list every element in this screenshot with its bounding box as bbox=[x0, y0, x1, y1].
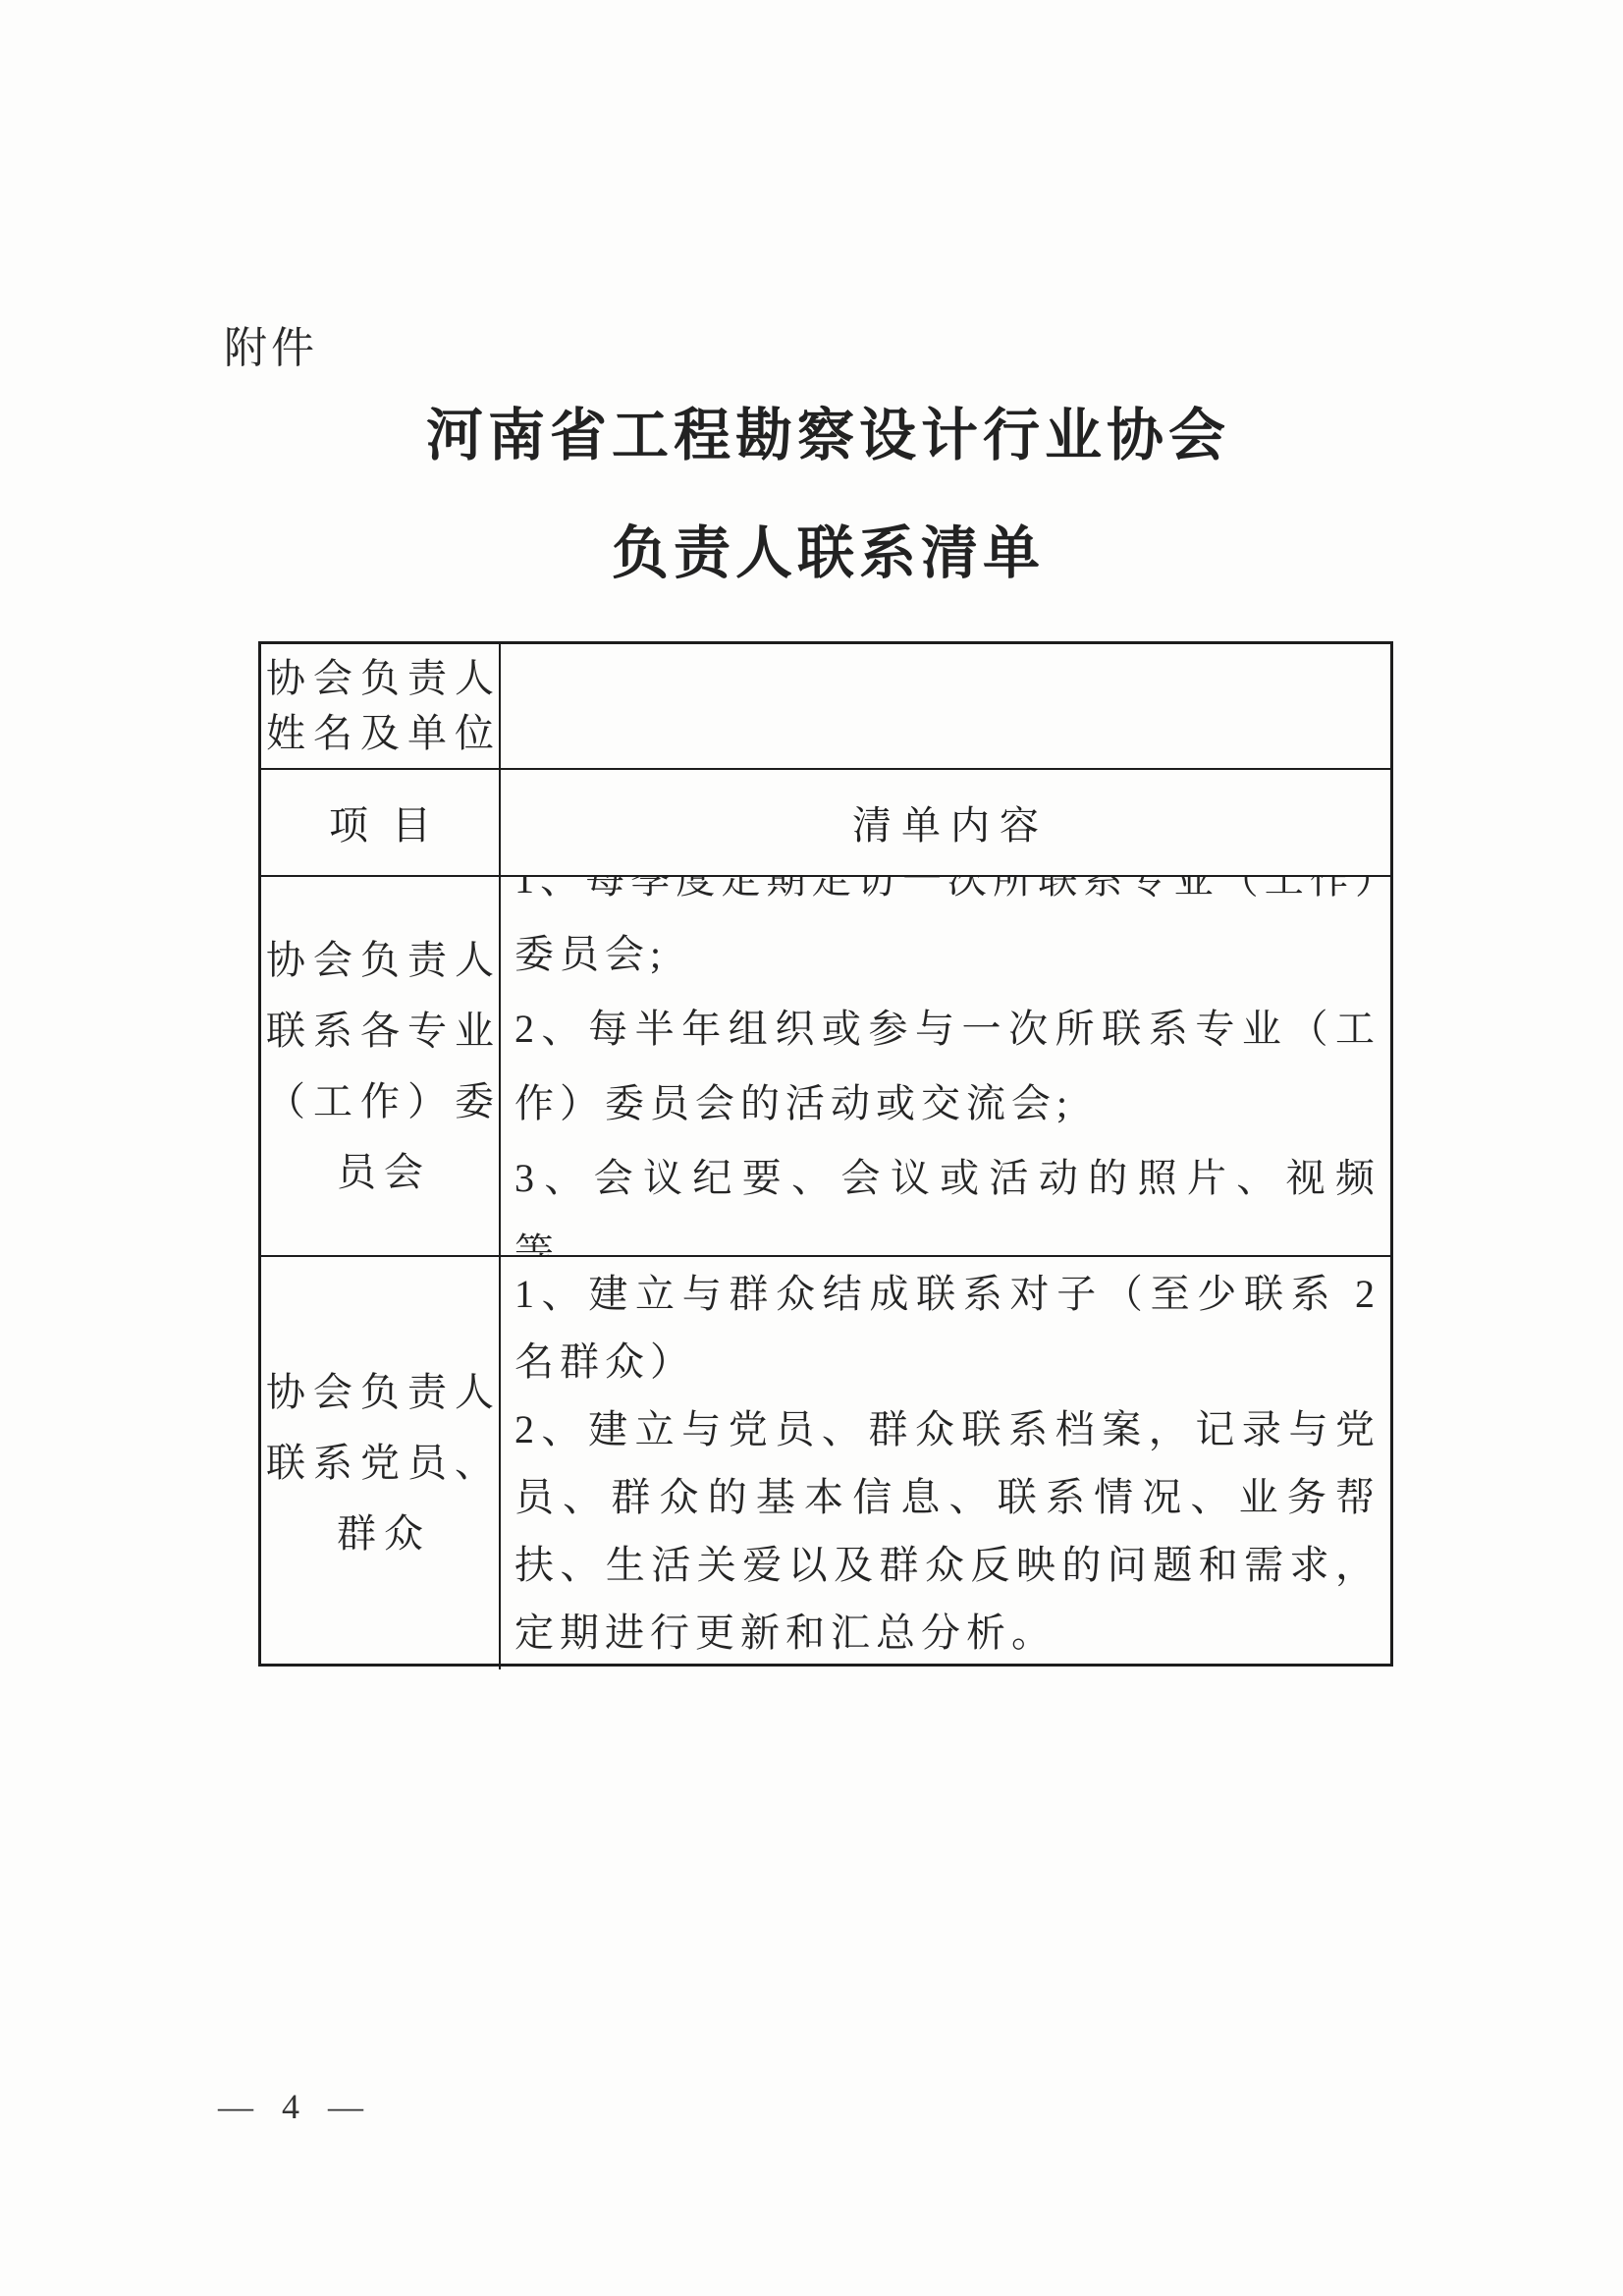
members-item-1: 1、建立与群众结成联系对子（至少联系 2 名群众） bbox=[514, 1260, 1380, 1395]
name-unit-label-line-2: 姓名及单位 bbox=[261, 706, 501, 761]
table-cell-name-unit-label: 协会负责人 姓名及单位 bbox=[261, 644, 501, 770]
committee-item-1: 1、每季度定期走访一次所联系专业（工作）委员会; bbox=[514, 877, 1380, 992]
table-cell-committee-content: 1、每季度定期走访一次所联系专业（工作）委员会; 2、每半年组织或参与一次所联系… bbox=[501, 877, 1390, 1257]
document-subtitle: 负责人联系清单 bbox=[258, 519, 1393, 589]
committee-label-line-3: （工作）委 bbox=[261, 1066, 501, 1137]
table-header-project: 项目 bbox=[261, 770, 501, 877]
document-page: 附件 河南省工程勘察设计行业协会 负责人联系清单 协会负责人 姓名及单位 项目 … bbox=[0, 0, 1623, 2296]
page-number: — 4 — bbox=[218, 2086, 373, 2127]
members-label-line-1: 协会负责人 bbox=[261, 1357, 501, 1428]
members-item-2: 2、建立与党员、群众联系档案，记录与党员、群众的基本信息、联系情况、业务帮扶、生… bbox=[514, 1395, 1380, 1667]
table-cell-members-content: 1、建立与群众结成联系对子（至少联系 2 名群众） 2、建立与党员、群众联系档案… bbox=[501, 1257, 1390, 1669]
committee-item-3: 3、会议纪要、会议或活动的照片、视频等。 bbox=[514, 1141, 1380, 1258]
content-header-label: 清单内容 bbox=[842, 794, 1049, 850]
table-cell-members-label: 协会负责人 联系党员、 群众 bbox=[261, 1257, 501, 1669]
document-headings: 河南省工程勘察设计行业协会 负责人联系清单 bbox=[258, 401, 1393, 589]
committee-item-2: 2、每半年组织或参与一次所联系专业（工作）委员会的活动或交流会; bbox=[514, 992, 1380, 1141]
name-unit-label-line-1: 协会负责人 bbox=[261, 651, 501, 706]
attachment-label: 附件 bbox=[224, 312, 318, 375]
committee-label-line-4: 员会 bbox=[329, 1137, 431, 1208]
committee-label-line-2: 联系各专业 bbox=[261, 996, 501, 1066]
members-label-line-2: 联系党员、 bbox=[261, 1428, 501, 1499]
contact-list-table: 协会负责人 姓名及单位 项目 清单内容 协会负责人 联系各专业 （工作）委 员会… bbox=[258, 641, 1393, 1667]
committee-label-line-1: 协会负责人 bbox=[261, 925, 501, 996]
members-label-line-3: 群众 bbox=[329, 1499, 431, 1569]
table-cell-name-unit-value bbox=[501, 644, 1390, 770]
table-header-content: 清单内容 bbox=[501, 770, 1390, 877]
project-header-label: 项目 bbox=[305, 794, 455, 850]
document-title: 河南省工程勘察设计行业协会 bbox=[258, 401, 1393, 471]
table-cell-committee-label: 协会负责人 联系各专业 （工作）委 员会 bbox=[261, 877, 501, 1257]
